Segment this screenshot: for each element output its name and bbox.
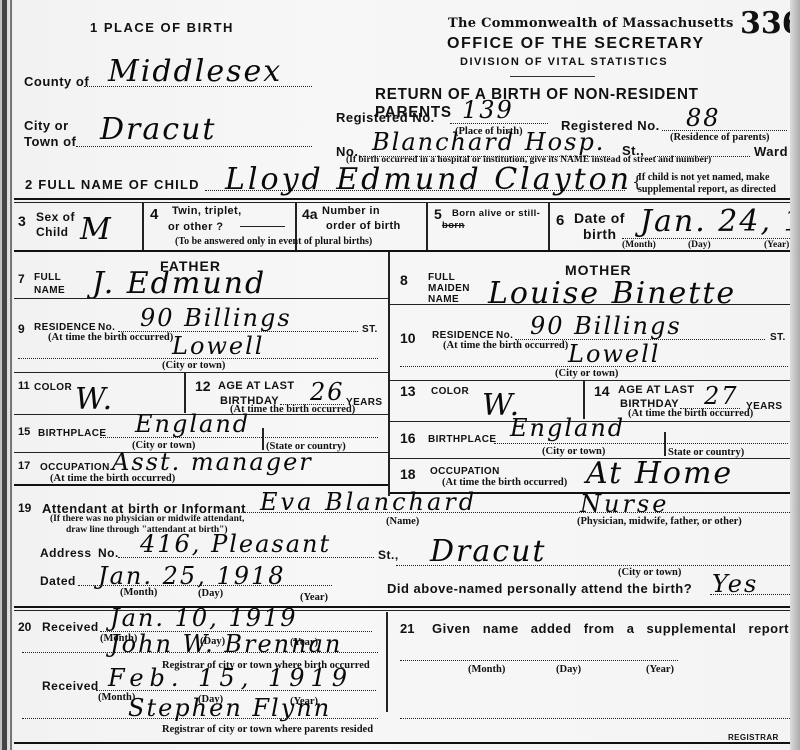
father-occupation-num: 17 bbox=[18, 460, 30, 472]
mother-name-label-2: MAIDEN bbox=[428, 283, 470, 294]
child-name-note-2: supplemental report, as directed bbox=[638, 184, 776, 195]
registrar-signature-2: Stephen Flynn bbox=[128, 694, 331, 722]
father-age-num: 12 bbox=[195, 378, 211, 394]
attendant-role-caption: (Physician, midwife, father, or other) bbox=[577, 516, 742, 527]
dob-month-caption: (Month) bbox=[622, 240, 656, 250]
col-divider bbox=[548, 203, 550, 250]
mother-residence-num: 10 bbox=[400, 330, 416, 346]
county-label: County of bbox=[24, 74, 89, 89]
supplemental-day-caption: (Day) bbox=[556, 664, 581, 675]
father-name-num: 7 bbox=[18, 272, 25, 286]
dated-year-caption: (Year) bbox=[300, 592, 328, 603]
received-label: Received bbox=[42, 620, 99, 634]
dated-value: Jan. 25, 1918 bbox=[98, 562, 286, 590]
order-label-2: order of birth bbox=[326, 221, 401, 232]
mother-age-label-1: AGE AT LAST bbox=[618, 385, 695, 396]
divider bbox=[14, 250, 800, 252]
divider bbox=[14, 742, 790, 744]
mother-st-label: ST. bbox=[770, 332, 786, 343]
father-residence-city: Lowell bbox=[172, 332, 264, 360]
sex-value: M bbox=[80, 212, 113, 247]
attendant-name-caption: (Name) bbox=[386, 516, 419, 527]
twin-label-2: or other ? bbox=[168, 222, 223, 233]
parent-divider bbox=[388, 252, 390, 496]
attend-question: Did above-named personally attend the bi… bbox=[387, 581, 692, 596]
registrar-caption-2: Registrar of city or town where parents … bbox=[162, 724, 373, 735]
attendant-st-label: St., bbox=[378, 548, 399, 562]
alive-label-2: born bbox=[442, 220, 465, 231]
attendant-note-1: (If there was no physician or midwife at… bbox=[50, 514, 244, 524]
received-value: Jan. 10, 1919 bbox=[110, 604, 298, 632]
birth-record-page: 1 PLACE OF BIRTH The Commonwealth of Mas… bbox=[0, 0, 800, 750]
mother-name-value: Louise Binette bbox=[488, 276, 736, 311]
mother-name-num: 8 bbox=[400, 272, 408, 288]
supplemental-label: Given name added from a supplemental rep… bbox=[432, 621, 789, 636]
child-name-note-1: If child is not yet named, make bbox=[638, 172, 769, 183]
sex-label-2: Child bbox=[36, 225, 69, 239]
col-divider bbox=[262, 428, 264, 450]
registered-no-residence: 88 bbox=[686, 104, 721, 132]
father-age-value: 26 bbox=[310, 378, 345, 406]
dated-month-caption: (Month) bbox=[120, 587, 157, 598]
mother-occupation-caption: (At time the birth occurred) bbox=[442, 477, 567, 488]
twin-line bbox=[240, 226, 285, 227]
father-color-label: COLOR bbox=[34, 382, 72, 393]
ward-label: Ward bbox=[754, 144, 788, 159]
col-divider bbox=[142, 203, 144, 250]
attendant-address-street: 416, Pleasant bbox=[140, 530, 331, 558]
registered-no-label: Registered No. bbox=[336, 110, 435, 125]
mother-color-label: COLOR bbox=[431, 386, 469, 397]
registrar-signature: John W. Brennan bbox=[110, 630, 342, 658]
mother-birthplace-label: BIRTHPLACE bbox=[428, 434, 496, 445]
mother-occupation-value: At Home bbox=[586, 456, 733, 491]
registered-no-place: 139 bbox=[462, 96, 514, 124]
supplemental-month-caption: (Month) bbox=[468, 664, 505, 675]
mother-residence-caption: (At time the birth occurred) bbox=[443, 340, 568, 351]
mother-age-num: 14 bbox=[594, 383, 610, 399]
attendant-role: Nurse bbox=[580, 490, 669, 518]
alive-label-1: Born alive or still- bbox=[452, 208, 540, 219]
father-age-label-1: AGE AT LAST bbox=[218, 381, 295, 392]
mother-residence-city: Lowell bbox=[568, 340, 660, 368]
father-st-label: ST. bbox=[362, 324, 378, 335]
mother-name-label-1: FULL bbox=[428, 272, 455, 283]
father-city-caption: (City or town) bbox=[162, 360, 225, 371]
alive-num: 5 bbox=[434, 206, 442, 222]
supplemental-registrar-line bbox=[400, 718, 790, 719]
father-color-value: W. bbox=[75, 382, 114, 417]
city-label-2: Town of bbox=[24, 134, 76, 149]
received-label-2: Received bbox=[42, 679, 99, 693]
division-title: DIVISION OF VITAL STATISTICS bbox=[460, 56, 668, 68]
attendant-num: 19 bbox=[18, 501, 31, 515]
mother-residence-street: 90 Billings bbox=[530, 312, 682, 340]
dob-value: Jan. 24, 1918 bbox=[640, 204, 800, 239]
received-num: 20 bbox=[18, 620, 31, 634]
mother-birthplace-num: 16 bbox=[400, 430, 416, 446]
mother-occupation-label: OCCUPATION bbox=[430, 466, 500, 477]
supplemental-num: 21 bbox=[400, 621, 414, 636]
scan-edge bbox=[2, 0, 7, 750]
city-label-1: City or bbox=[24, 118, 69, 133]
dated-label: Dated bbox=[40, 574, 76, 588]
order-num: 4a bbox=[302, 206, 318, 222]
mother-occupation-num: 18 bbox=[400, 466, 416, 482]
registered-no-residence-line bbox=[662, 130, 787, 131]
supplemental-date-line bbox=[400, 660, 678, 661]
dob-label-1: Date of bbox=[574, 210, 625, 226]
scan-edge-inner bbox=[10, 0, 12, 750]
father-occupation-value: Asst. manager bbox=[112, 448, 313, 476]
attendant-address-no-label: No. bbox=[98, 546, 119, 560]
col-divider bbox=[664, 432, 666, 456]
divider bbox=[390, 304, 800, 305]
dob-year-caption: (Year) bbox=[764, 240, 789, 250]
mother-birthplace-value: England bbox=[510, 414, 625, 442]
sex-num: 3 bbox=[18, 213, 26, 229]
county-value: Middlesex bbox=[108, 54, 282, 89]
mother-city-caption: (City or town) bbox=[555, 368, 618, 379]
dob-day-caption: (Day) bbox=[688, 240, 711, 250]
attendant-address-label: Address bbox=[40, 546, 92, 560]
father-name-label-2: NAME bbox=[34, 285, 65, 296]
street-value: Blanchard Hosp. bbox=[372, 128, 605, 156]
supplemental-year-caption: (Year) bbox=[646, 664, 674, 675]
order-label-1: Number in bbox=[322, 206, 380, 217]
office-title: OFFICE OF THE SECRETARY bbox=[447, 35, 705, 53]
father-residence-num: 9 bbox=[18, 322, 25, 336]
divider bbox=[14, 202, 800, 203]
father-birthplace-label: BIRTHPLACE bbox=[38, 428, 106, 439]
child-name-label: 2 FULL NAME OF CHILD bbox=[25, 177, 200, 192]
twin-caption: (To be answered only in event of plural … bbox=[175, 236, 372, 247]
mother-age-value: 27 bbox=[704, 382, 739, 410]
city-value: Dracut bbox=[100, 112, 216, 147]
mother-age-caption: (At time the birth occurred) bbox=[628, 408, 753, 419]
scan-edge-right bbox=[790, 0, 800, 750]
mother-birthplace-line bbox=[494, 443, 788, 444]
divider bbox=[390, 380, 800, 381]
section-place-of-birth: 1 PLACE OF BIRTH bbox=[90, 20, 234, 35]
divider bbox=[14, 198, 800, 200]
father-name-label-1: FULL bbox=[34, 272, 61, 283]
father-occupation-label: OCCUPATION bbox=[40, 462, 110, 473]
col-divider bbox=[184, 373, 186, 413]
attendant-address-city: Dracut bbox=[430, 534, 546, 569]
divider bbox=[14, 298, 388, 299]
commonwealth-title: The Commonwealth of Massachusetts bbox=[448, 16, 734, 31]
child-name-value: Lloyd Edmund Clayton bbox=[225, 162, 632, 197]
attendant-name: Eva Blanchard bbox=[260, 488, 477, 516]
father-name-value: J. Edmund bbox=[92, 266, 266, 301]
father-residence-street: 90 Billings bbox=[140, 304, 292, 332]
twin-num: 4 bbox=[150, 206, 158, 223]
divider bbox=[14, 372, 388, 373]
received-value-2: Feb. 15, 1919 bbox=[108, 664, 353, 692]
title-divider bbox=[510, 76, 595, 77]
col-divider bbox=[386, 612, 388, 712]
father-color-num: 11 bbox=[18, 380, 30, 392]
mother-color-num: 13 bbox=[400, 383, 416, 399]
divider bbox=[14, 484, 388, 486]
twin-label-1: Twin, triplet, bbox=[172, 206, 242, 217]
father-birthplace-value: England bbox=[135, 410, 250, 438]
residence-caption: (Residence of parents) bbox=[670, 132, 770, 143]
attendant-city-caption: (City or town) bbox=[618, 567, 681, 578]
dated-day-caption: (Day) bbox=[198, 588, 223, 599]
father-residence-caption: (At time the birth occurred) bbox=[48, 332, 173, 343]
dob-num: 6 bbox=[556, 212, 564, 229]
sex-label-1: Sex of bbox=[36, 210, 75, 224]
attend-answer: Yes bbox=[712, 570, 758, 598]
col-divider bbox=[426, 203, 428, 250]
dob-label-2: birth bbox=[583, 226, 617, 242]
father-birthplace-num: 15 bbox=[18, 426, 30, 438]
